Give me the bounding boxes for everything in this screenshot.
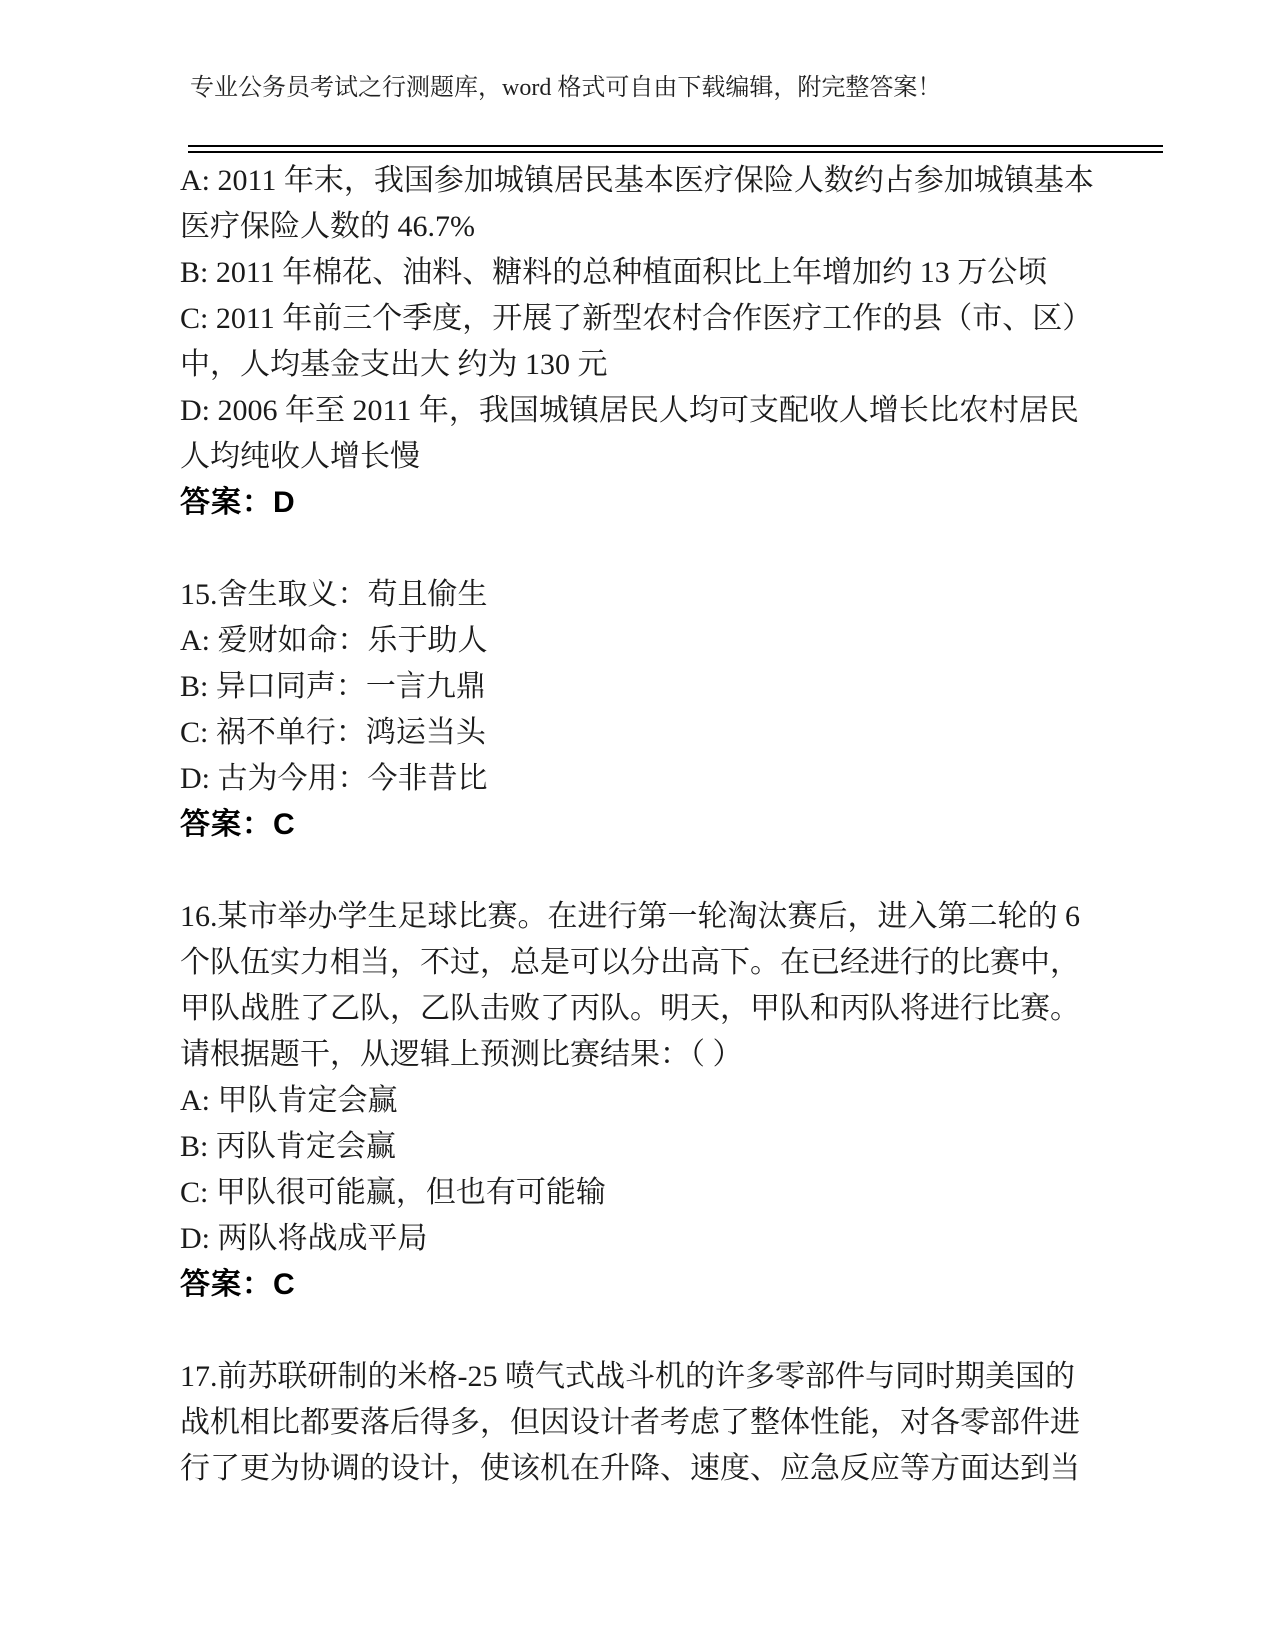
q16-stem-line-2: 个队伍实力相当，不过，总是可以分出高下。在已经进行的比赛中， [180, 940, 1100, 986]
q16-option-b-line: B: 丙队肯定会赢 [180, 1124, 1100, 1170]
q15-answer-line: 答案：C [180, 802, 1100, 848]
header-title: 专业公务员考试之行测题库，word 格式可自由下载编辑，附完整答案！ [190, 72, 941, 104]
question-17-block: 17.前苏联研制的米格-25 喷气式战斗机的许多零部件与同时期美国的 战机相比都… [180, 1354, 1100, 1492]
q14-option-b-line: B: 2011 年棉花、油料、糖料的总种植面积比上年增加约 13 万公顷 [180, 250, 1100, 296]
q17-stem-line-2: 战机相比都要落后得多，但因设计者考虑了整体性能，对各零部件进 [180, 1400, 1100, 1446]
q15-stem-line: 15.舍生取义：苟且偷生 [180, 572, 1100, 618]
q16-option-a-line: A: 甲队肯定会赢 [180, 1078, 1100, 1124]
question-14-options-block: A: 2011 年末，我国参加城镇居民基本医疗保险人数约占参加城镇基本 医疗保险… [180, 158, 1100, 526]
question-16-block: 16.某市举办学生足球比赛。在进行第一轮淘汰赛后，进入第二轮的 6 个队伍实力相… [180, 894, 1100, 1308]
header-divider [188, 145, 1163, 153]
q14-option-a-line-2: 医疗保险人数的 46.7% [180, 204, 1100, 250]
q15-option-a-line: A: 爱财如命：乐于助人 [180, 618, 1100, 664]
q17-stem-line-3: 行了更为协调的设计，使该机在升降、速度、应急反应等方面达到当 [180, 1446, 1100, 1492]
q17-stem-line-1: 17.前苏联研制的米格-25 喷气式战斗机的许多零部件与同时期美国的 [180, 1354, 1100, 1400]
q14-answer-line: 答案：D [180, 480, 1100, 526]
q16-stem-line-3: 甲队战胜了乙队，乙队击败了丙队。明天，甲队和丙队将进行比赛。 [180, 986, 1100, 1032]
q16-answer-line: 答案：C [180, 1262, 1100, 1308]
q14-option-a-line-1: A: 2011 年末，我国参加城镇居民基本医疗保险人数约占参加城镇基本 [180, 158, 1100, 204]
document-page: 专业公务员考试之行测题库，word 格式可自由下载编辑，附完整答案！ A: 20… [0, 0, 1275, 1650]
q14-option-d-line-2: 人均纯收人增长慢 [180, 434, 1100, 480]
q16-stem-line-1: 16.某市举办学生足球比赛。在进行第一轮淘汰赛后，进入第二轮的 6 [180, 894, 1100, 940]
q15-option-d-line: D: 古为今用：今非昔比 [180, 756, 1100, 802]
q16-option-c-line: C: 甲队很可能赢，但也有可能输 [180, 1170, 1100, 1216]
q14-option-c-line-1: C: 2011 年前三个季度，开展了新型农村合作医疗工作的县（市、区） [180, 296, 1100, 342]
q15-option-c-line: C: 祸不单行：鸿运当头 [180, 710, 1100, 756]
q15-option-b-line: B: 异口同声：一言九鼎 [180, 664, 1100, 710]
document-body: A: 2011 年末，我国参加城镇居民基本医疗保险人数约占参加城镇基本 医疗保险… [180, 158, 1100, 1492]
q14-option-c-line-2: 中，人均基金支出大 约为 130 元 [180, 342, 1100, 388]
q16-option-d-line: D: 两队将战成平局 [180, 1216, 1100, 1262]
q14-option-d-line-1: D: 2006 年至 2011 年，我国城镇居民人均可支配收人增长比农村居民 [180, 388, 1100, 434]
q16-stem-line-4: 请根据题干，从逻辑上预测比赛结果：（ ） [180, 1032, 1100, 1078]
question-15-block: 15.舍生取义：苟且偷生 A: 爱财如命：乐于助人 B: 异口同声：一言九鼎 C… [180, 572, 1100, 848]
